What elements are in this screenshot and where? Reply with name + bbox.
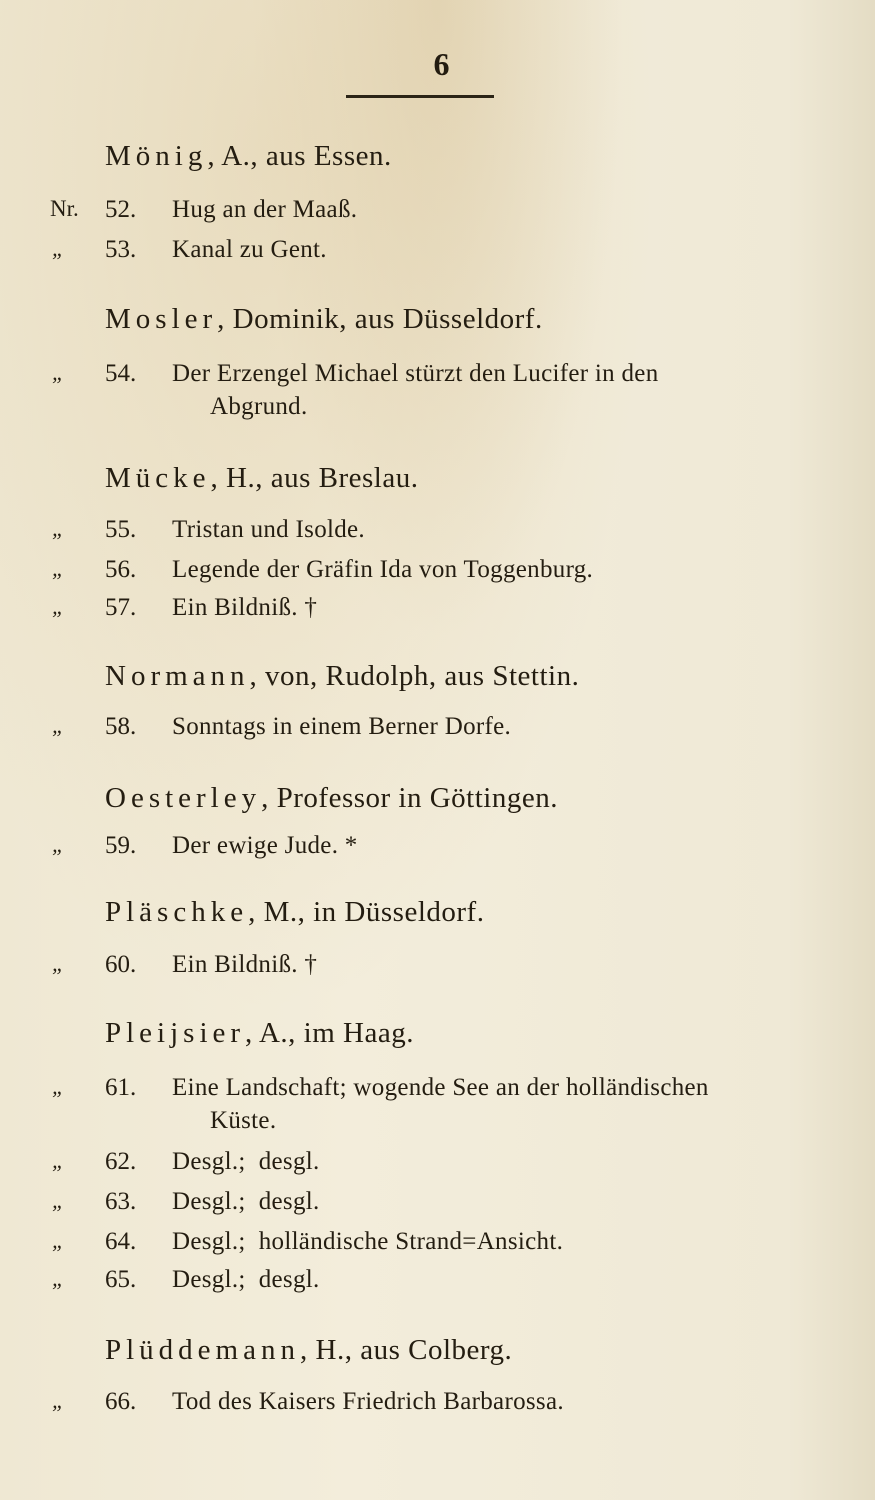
page-number: 6 <box>0 46 875 83</box>
artist-name: Plüddemann <box>105 1334 300 1366</box>
ditto-mark: „ <box>52 951 64 977</box>
artist-name: Oesterley <box>105 782 261 814</box>
artist-heading: Mönig, A., aus Essen. <box>105 140 392 173</box>
entry-title: Desgl.; desgl. <box>172 1266 320 1294</box>
entry-title: Ein Bildniß. † <box>172 951 317 979</box>
ditto-mark: „ <box>52 713 64 739</box>
entry-number: 63. <box>105 1188 136 1216</box>
artist-details: , M., in Düsseldorf. <box>248 896 484 928</box>
entry-title-continuation: Küste. <box>210 1107 276 1135</box>
ditto-mark: „ <box>52 556 64 582</box>
artist-heading: Mosler, Dominik, aus Düsseldorf. <box>105 303 543 336</box>
artist-heading: Oesterley, Professor in Göttingen. <box>105 782 558 815</box>
entry-title-continuation: Abgrund. <box>210 393 308 421</box>
entry-number: 54. <box>105 360 136 388</box>
entry-number: 55. <box>105 516 136 544</box>
artist-details: , Dominik, aus Düsseldorf. <box>217 303 543 335</box>
entry-number: 61. <box>105 1074 136 1102</box>
ditto-mark: „ <box>52 832 64 858</box>
entry-number: 66. <box>105 1388 136 1416</box>
artist-heading: Mücke, H., aus Breslau. <box>105 462 418 495</box>
ditto-mark: „ <box>52 1074 64 1100</box>
ditto-mark: „ <box>52 1266 64 1292</box>
entry-title: Ein Bildniß. † <box>172 594 317 622</box>
ditto-mark: „ <box>52 516 64 542</box>
entry-prefix: Nr. <box>50 196 79 222</box>
artist-name: Pleijsier <box>105 1017 245 1049</box>
artist-name: Mosler <box>105 303 217 335</box>
entry-title: Tristan und Isolde. <box>172 516 365 544</box>
entry-title: Eine Landschaft; wogende See an der holl… <box>172 1074 709 1102</box>
ditto-mark: „ <box>52 1148 64 1174</box>
artist-details: , H., aus Colberg. <box>300 1334 512 1366</box>
ditto-mark: „ <box>52 594 64 620</box>
artist-name: Normann <box>105 660 250 692</box>
entry-number: 56. <box>105 556 136 584</box>
artist-heading: Pleijsier, A., im Haag. <box>105 1017 414 1050</box>
artist-heading: Normann, von, Rudolph, aus Stettin. <box>105 660 579 693</box>
entry-number: 64. <box>105 1228 136 1256</box>
book-page: 6 Mönig, A., aus Essen. Nr. 52. Hug an d… <box>0 0 875 1500</box>
entry-number: 53. <box>105 236 136 264</box>
artist-details: , A., im Haag. <box>245 1017 414 1049</box>
header-rule <box>346 95 494 98</box>
entry-title: Hug an der Maaß. <box>172 196 357 224</box>
entry-number: 52. <box>105 196 136 224</box>
entry-title: Tod des Kaisers Friedrich Barbarossa. <box>172 1388 564 1416</box>
artist-name: Mönig <box>105 140 207 172</box>
entry-number: 60. <box>105 951 136 979</box>
artist-details: , von, Rudolph, aus Stettin. <box>250 660 580 692</box>
ditto-mark: „ <box>52 360 64 386</box>
entry-title: Desgl.; desgl. <box>172 1188 320 1216</box>
entry-number: 57. <box>105 594 136 622</box>
entry-title: Kanal zu Gent. <box>172 236 327 264</box>
artist-heading: Pläschke, M., in Düsseldorf. <box>105 896 484 929</box>
entry-title: Der Erzengel Michael stürzt den Lucifer … <box>172 360 659 388</box>
entry-title: Desgl.; holländische Strand=Ansicht. <box>172 1228 563 1256</box>
entry-title: Sonntags in einem Berner Dorfe. <box>172 713 511 741</box>
ditto-mark: „ <box>52 236 64 262</box>
artist-heading: Plüddemann, H., aus Colberg. <box>105 1334 512 1367</box>
entry-number: 58. <box>105 713 136 741</box>
ditto-mark: „ <box>52 1228 64 1254</box>
artist-name: Pläschke <box>105 896 248 928</box>
entry-title: Desgl.; desgl. <box>172 1148 320 1176</box>
entry-title: Der ewige Jude. * <box>172 832 358 860</box>
artist-details: , A., aus Essen. <box>207 140 391 172</box>
artist-name: Mücke <box>105 462 211 494</box>
entry-number: 65. <box>105 1266 136 1294</box>
entry-title: Legende der Gräfin Ida von Toggenburg. <box>172 556 593 584</box>
artist-details: , H., aus Breslau. <box>211 462 419 494</box>
entry-number: 62. <box>105 1148 136 1176</box>
entry-number: 59. <box>105 832 136 860</box>
ditto-mark: „ <box>52 1388 64 1414</box>
ditto-mark: „ <box>52 1188 64 1214</box>
artist-details: , Professor in Göttingen. <box>261 782 558 814</box>
